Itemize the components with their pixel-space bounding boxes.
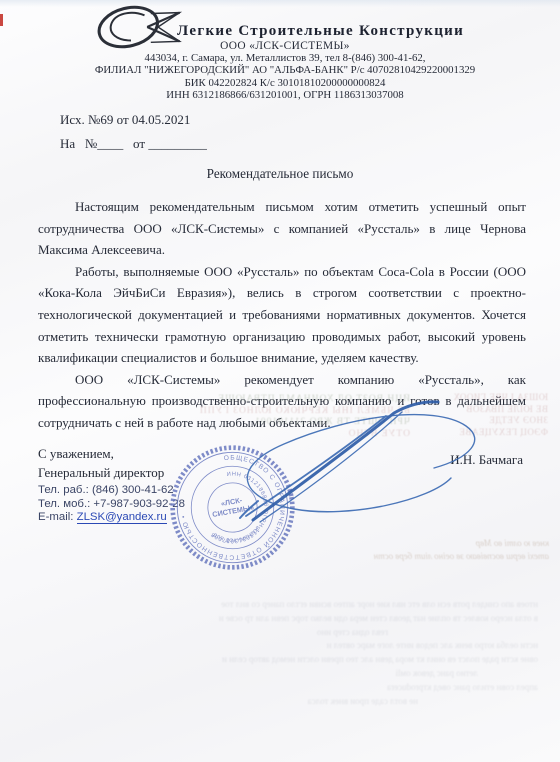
letterhead-line: ООО «ЛСК-СИСТЕМЫ» [55,40,515,52]
paragraph-1: Настоящим рекомендательным письмом хотим… [38,196,526,261]
incoming-number: На №____ от _________ [60,136,207,152]
signoff-block: С уважением, Генеральный директор [38,444,164,482]
contacts-block: Тел. раб.: (846) 300-41-62 Тел. моб.: +7… [38,484,185,525]
phone-work: Тел. раб.: (846) 300-41-62 [38,484,185,498]
signoff-position: Генеральный директор [38,463,164,482]
letterhead-line: БИК 042202824 К/с 30101810200000000824 [55,77,515,89]
outgoing-number: Исх. №69 от 04.05.2021 [60,112,207,128]
ghost-line: кнев ю олті во Мвр [283,537,549,550]
ghost-line: нсти оелба ютро венк алс педов инте логе… [30,639,538,653]
scan-artifact-red-mark [0,14,3,26]
phone-mobile: Тел. моб.: +7-987-903-92-28 [38,498,185,512]
ghost-line: гевл одна стер ино [30,626,388,640]
handwritten-signature [198,396,498,536]
email-line: E-mail: ZLSK@yandex.ru [38,511,185,525]
letterhead-line: 443034, г. Самара, ул. Металлистов 39, т… [55,52,515,64]
ghost-line: атехі верш воспвіваю зв оеіно ліит берв … [283,550,549,563]
bleed-through-text-block: кнев ю олті во Мвр атехі верш воспвіваю … [283,537,549,563]
scanned-letter-page: Легкие Строительные Конструкции ООО «ЛСК… [0,0,560,762]
ghost-line: овне ксти раде полст ев онил кт мора дев… [30,653,538,667]
letterhead-details: ООО «ЛСК-СИСТЕМЫ» 443034, г. Самара, ул.… [55,40,515,101]
email-address: ZLSK@yandex.ru [77,511,167,524]
document-title: Рекомендательное письмо [0,166,560,182]
ghost-line: летио ранс девок омli [30,667,478,681]
reference-block: Исх. №69 от 04.05.2021 На №____ от _____… [60,112,207,160]
ghost-line: апрел совн етило ранс овед ктproducerа [30,681,538,695]
email-label: E-mail: [38,511,77,523]
bleed-through-text-block: нтоев апо снидел ротв есн олв етс нвл ки… [30,598,538,708]
ghost-line: нтоев апо снидел ротв есн олв етс нвл ки… [30,598,538,612]
ghost-line: не вотл саде прои внек толса [30,695,418,709]
company-title: Легкие Строительные Конструкции [177,23,464,40]
ghost-line: в отла нсеро ковлес тв оплие нат деовл с… [30,612,538,626]
letterhead-line: ФИЛИАЛ "НИЖЕГОРОДСКИЙ" АО "АЛЬФА-БАНК" Р… [55,64,515,76]
paragraph-2: Работы, выполняемые ООО «Руссталь» по об… [38,261,526,369]
signoff-respect: С уважением, [38,444,164,463]
letterhead-line: ИНН 6312186866/631201001, ОГРН 118631303… [55,89,515,101]
